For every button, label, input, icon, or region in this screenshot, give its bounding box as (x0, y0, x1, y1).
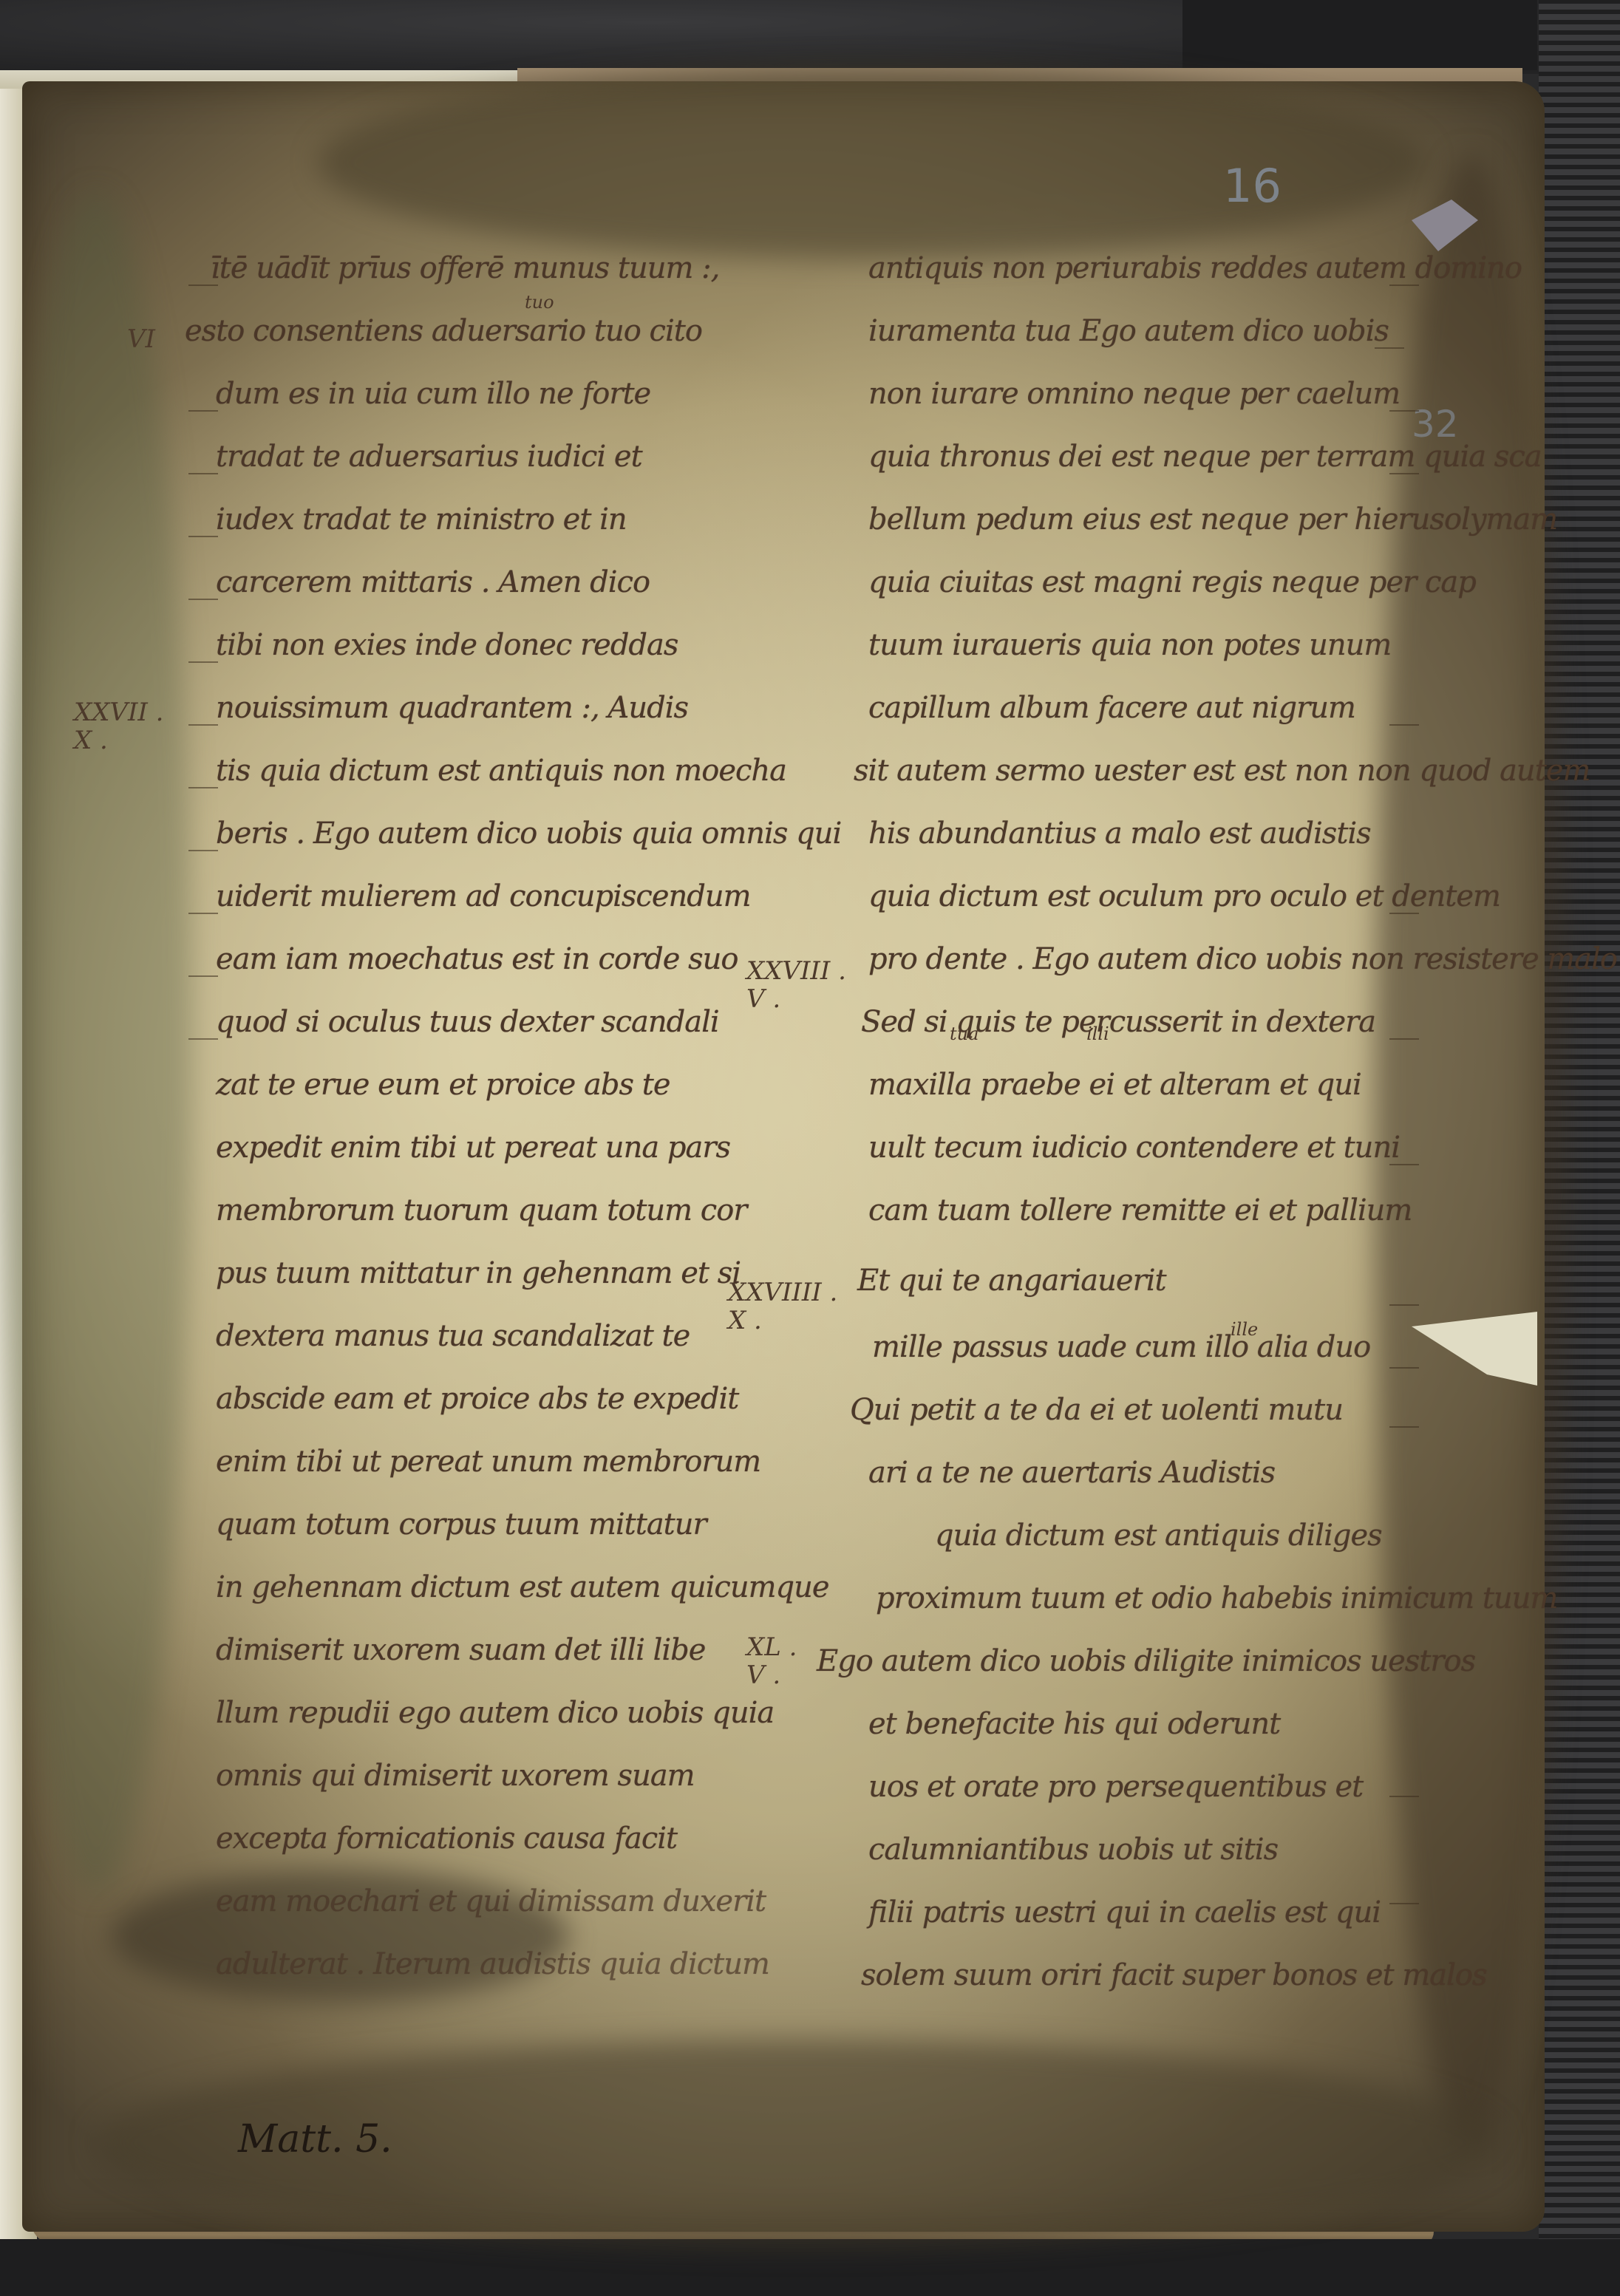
chapter-reference: Matt. 5. (238, 2117, 392, 2162)
text-line: ari a te ne auertaris Audistis (868, 1456, 1275, 1490)
text-line: uos et orate pro persequentibus et (868, 1770, 1363, 1804)
text-line: antiquis non periurabis reddes autem dom… (868, 251, 1522, 285)
text-line: zat te erue eum et proice abs te (216, 1068, 670, 1102)
margin-numeral: XXVII . X . (74, 698, 185, 754)
ruling-mark (1389, 1038, 1419, 1040)
text-line: proximum tuum et odio habebis inimicum t… (876, 1581, 1557, 1615)
ruling-mark (1389, 473, 1419, 474)
margin-numeral: XL . V . (746, 1633, 820, 1689)
text-line: Qui petit a te da ei et uolenti mutu (850, 1393, 1343, 1427)
text-line: tis quia dictum est antiquis non moecha (216, 754, 786, 788)
text-line: his abundantius a malo est audistis (868, 817, 1371, 851)
text-line: dum es in uia cum illo ne forte (216, 377, 650, 411)
text-line: bellum pedum eius est neque per hierusol… (868, 503, 1557, 536)
text-line: ītē uādīt prīus offerē munus tuum :, (211, 251, 719, 285)
text-line: beris . Ego autem dico uobis quia omnis … (216, 817, 841, 851)
ruling-mark (188, 536, 218, 537)
text-line: tibi non exies inde donec reddas (216, 628, 678, 662)
text-line: quam totum corpus tuum mittatur (216, 1508, 707, 1542)
ruling-mark (188, 661, 218, 663)
text-line: Sed si quis te percusserit in dextera (861, 1005, 1375, 1039)
text-line: esto consentiens aduersario tuo cito (185, 314, 702, 348)
text-line: dimiserit uxorem suam det illi libe (216, 1633, 705, 1667)
ruling-mark (1389, 410, 1419, 412)
text-line: adulterat . Iterum audistis quia dictum (216, 1947, 769, 1981)
ruling-mark (188, 850, 218, 851)
ruling-mark (188, 787, 218, 788)
water-stain-left (0, 192, 192, 1892)
text-line: eam moechari et qui dimissam duxerit (216, 1884, 766, 1918)
margin-numeral: XXVIII . V . (746, 957, 865, 1013)
text-line: dextera manus tua scandalizat te (216, 1319, 690, 1353)
text-line: quod si oculus tuus dexter scandali (216, 1005, 719, 1039)
ruling-mark (1389, 1426, 1419, 1428)
text-line: expedit enim tibi ut pereat una pars (216, 1131, 730, 1165)
text-line: enim tibi ut pereat unum membrorum (216, 1445, 760, 1479)
text-line: calumniantibus uobis ut sitis (868, 1833, 1278, 1867)
text-line: non iurare omnino neque per caelum (868, 377, 1400, 411)
text-line: sit autem sermo uester est est non non q… (854, 754, 1590, 788)
text-line: nouissimum quadrantem :, Audis (216, 691, 688, 725)
ruling-mark (188, 599, 218, 600)
text-line: carcerem mittaris . Amen dico (216, 565, 650, 599)
ruling-mark (188, 913, 218, 914)
folio-number: 16 (1223, 159, 1282, 213)
interlinear-gloss: tuo (525, 292, 554, 313)
text-line: iudex tradat te ministro et in (216, 503, 627, 536)
text-line: iuramenta tua Ego autem dico uobis (868, 314, 1389, 348)
text-line: uiderit mulierem ad concupiscendum (216, 879, 751, 913)
margin-numeral: XXVIIII . X . (728, 1278, 854, 1335)
text-line: et benefacite his qui oderunt (868, 1707, 1280, 1741)
ruling-mark (1389, 1796, 1419, 1797)
dark-background-bottom (0, 2239, 1620, 2296)
text-line: pro dente . Ego autem dico uobis non res… (868, 942, 1617, 976)
margin-numeral: VI (127, 325, 155, 353)
ruling-mark (1389, 1903, 1419, 1904)
ruling-mark (188, 410, 218, 412)
text-line: quia dictum est antiquis diliges (935, 1519, 1382, 1553)
text-line: quia thronus dei est neque per terram qu… (868, 440, 1542, 474)
ruling-mark (1375, 347, 1404, 349)
text-line: tradat te aduersarius iudici et (216, 440, 642, 474)
ruling-mark (188, 975, 218, 977)
text-line: quia dictum est oculum pro oculo et dent… (868, 879, 1500, 913)
ruling-mark (1389, 1367, 1419, 1369)
text-line: pus tuum mittatur in gehennam et si (216, 1256, 741, 1290)
text-line: in gehennam dictum est autem quicumque (216, 1570, 829, 1604)
text-line: maxilla praebe ei et alteram et qui (868, 1068, 1361, 1102)
ruling-mark (1389, 285, 1419, 286)
text-line: filii patris uestri qui in caelis est qu… (868, 1895, 1381, 1929)
ruling-mark (188, 724, 218, 726)
ruling-mark (188, 285, 218, 286)
text-line: capillum album facere aut nigrum (868, 691, 1355, 725)
ruling-mark (1389, 724, 1419, 726)
ruling-mark (1389, 1304, 1419, 1306)
text-line: abscide eam et proice abs te expedit (216, 1382, 738, 1416)
dark-background-right-top (1182, 0, 1537, 70)
ruling-mark (188, 473, 218, 474)
text-line: Ego autem dico uobis diligite inimicos u… (817, 1644, 1475, 1678)
text-line: tuum iuraueris quia non potes unum (868, 628, 1391, 662)
text-line: omnis qui dimiserit uxorem suam (216, 1759, 695, 1793)
text-line: llum repudii ego autem dico uobis quia (216, 1696, 774, 1730)
ruling-mark (188, 1038, 218, 1040)
text-line: mille passus uade cum illo alia duo (872, 1330, 1370, 1364)
text-line: membrorum tuorum quam totum cor (216, 1193, 746, 1227)
ruling-mark (1389, 1164, 1419, 1165)
text-line: excepta fornicationis causa facit (216, 1822, 677, 1856)
text-line: quia ciuitas est magni regis neque per c… (868, 565, 1476, 599)
ruling-mark (1389, 913, 1419, 914)
text-line: uult tecum iudicio contendere et tuni (868, 1131, 1400, 1165)
text-line: solem suum oriri facit super bonos et ma… (861, 1958, 1487, 1992)
text-line: cam tuam tollere remitte ei et pallium (868, 1193, 1412, 1227)
text-line: Et qui te angariauerit (857, 1264, 1166, 1298)
text-line: eam iam moechatus est in corde suo (216, 942, 738, 976)
